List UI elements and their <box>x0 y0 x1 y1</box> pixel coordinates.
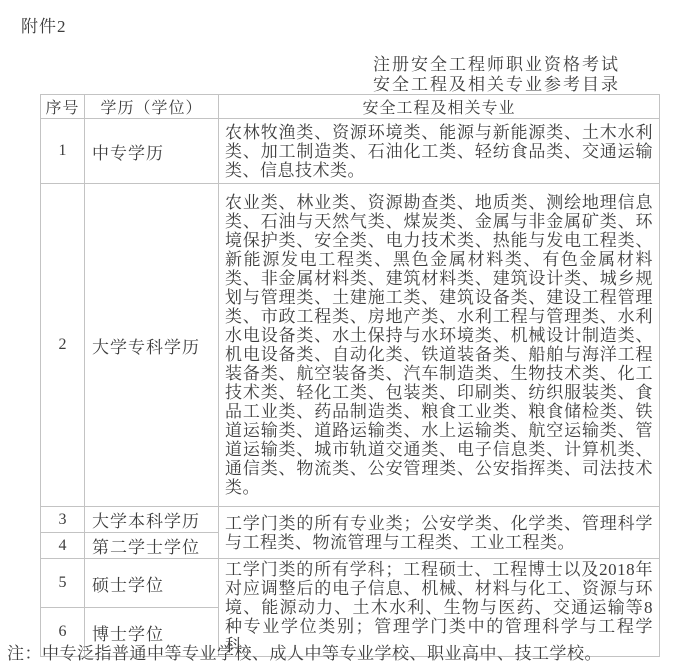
footnote: 注：中专泛指普通中等专业学校、成人中等专业学校、职业高中、技工学校。 <box>7 639 602 664</box>
degree-cell: 中专学历 <box>85 119 219 184</box>
document-title-line1: 注册安全工程师职业资格考试 <box>373 55 620 75</box>
column-header-majors: 安全工程及相关专业 <box>219 95 660 119</box>
table-row-2: 2 大学专科学历 农业类、林业类、资源勘查类、地质类、测绘地理信息类、石油与天然… <box>41 184 660 507</box>
table-row-5: 5 硕士学位 工学门类的所有学科；工程硕士、工程博士以及2018年对应调整后的电… <box>41 559 660 608</box>
majors-cell: 农业类、林业类、资源勘查类、地质类、测绘地理信息类、石油与天然气类、煤炭类、金属… <box>219 184 660 507</box>
degree-cell: 硕士学位 <box>85 559 219 608</box>
attachment-label: 附件2 <box>21 12 67 37</box>
majors-cell: 农林牧渔类、资源环境类、能源与新能源类、土木水利类、加工制造类、石油化工类、轻纺… <box>219 119 660 184</box>
majors-reference-table: 序号 学历（学位） 安全工程及相关专业 1 中专学历 农林牧渔类、资源环境类、能… <box>40 94 660 657</box>
serial-cell: 1 <box>41 119 85 184</box>
document-page: 附件2 注册安全工程师职业资格考试 安全工程及相关专业参考目录 序号 学历（学位… <box>0 0 674 669</box>
table-row-3: 3 大学本科学历 工学门类的所有专业类；公安学类、化学类、管理科学与工程类、物流… <box>41 507 660 533</box>
degree-cell: 第二学士学位 <box>85 533 219 559</box>
table-row-1: 1 中专学历 农林牧渔类、资源环境类、能源与新能源类、土木水利类、加工制造类、石… <box>41 119 660 184</box>
column-header-degree: 学历（学位） <box>85 95 219 119</box>
degree-cell: 大学本科学历 <box>85 507 219 533</box>
degree-cell: 大学专科学历 <box>85 184 219 507</box>
table-header-row: 序号 学历（学位） 安全工程及相关专业 <box>41 95 660 119</box>
document-title: 注册安全工程师职业资格考试 安全工程及相关专业参考目录 <box>373 55 620 94</box>
serial-cell: 5 <box>41 559 85 608</box>
column-header-serial: 序号 <box>41 95 85 119</box>
serial-cell: 3 <box>41 507 85 533</box>
majors-cell-merged-rows-3-4: 工学门类的所有专业类；公安学类、化学类、管理科学与工程类、物流管理与工程类、工业… <box>219 507 660 559</box>
serial-cell: 4 <box>41 533 85 559</box>
document-title-line2: 安全工程及相关专业参考目录 <box>373 75 620 95</box>
serial-cell: 2 <box>41 184 85 507</box>
